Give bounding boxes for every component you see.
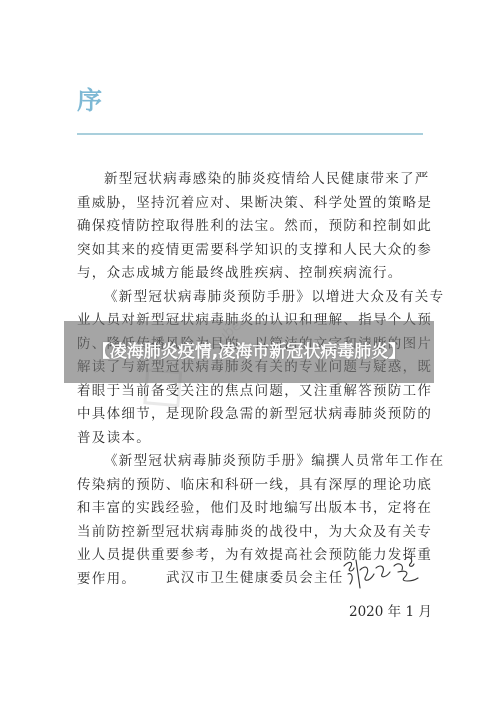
text-line: 新型冠状病毒感染的肺炎疫情给人民健康带来了严 xyxy=(77,168,423,192)
signature-block: 武汉市卫生健康委员会主任 2020 年 1 月 xyxy=(0,560,500,620)
heading-divider xyxy=(77,133,423,135)
date: 2020 年 1 月 xyxy=(349,600,432,620)
text-line: 确保疫情防控取得胜利的法宝。然而，预防和控制如此 xyxy=(77,215,423,239)
text-line: 与，众志成城方能最终战胜疾病、控制疾病流行。 xyxy=(77,262,423,286)
text-line: 中具体细节，是现阶段急需的新型冠状病毒肺炎预防的 xyxy=(77,403,423,427)
text-line: 和丰富的实践经验，他们及时地编写出版本书，定将在 xyxy=(77,497,423,521)
text-line: 传染病的预防、临床和科研一线，具有深厚的理论功底 xyxy=(77,474,423,498)
signer-title: 武汉市卫生健康委员会主任 xyxy=(166,566,344,586)
text-line: 普及读本。 xyxy=(77,427,423,451)
text-line: 当前防控新型冠状病毒肺炎的战役中，为大众及有关专 xyxy=(77,521,423,545)
text-line: 着眼于当前备受关注的焦点问题，又注重解答预防工作 xyxy=(77,380,423,404)
text-line: 《新型冠状病毒肺炎预防手册》编撰人员常年工作在 xyxy=(77,450,423,474)
text-line: 突如其来的疫情更需要科学知识的支撑和人民大众的参 xyxy=(77,239,423,263)
title-overlay-band: 【凌海肺炎疫情,凌海市新冠状病毒肺炎】 xyxy=(64,321,434,383)
overlay-title: 【凌海肺炎疫情,凌海市新冠状病毒肺炎】 xyxy=(74,341,424,363)
handwritten-signature-icon xyxy=(340,554,428,594)
text-line: 重威胁，坚持沉着应对、果断决策、科学处置的策略是 xyxy=(77,192,423,216)
preface-heading: 序 xyxy=(77,88,102,113)
document-page: 序 新型冠状病毒感染的肺炎疫情给人民健康带来了严 重威胁，坚持沉着应对、果断决策… xyxy=(0,0,500,706)
text-line: 《新型冠状病毒肺炎预防手册》以增进大众及有关专 xyxy=(77,286,423,310)
